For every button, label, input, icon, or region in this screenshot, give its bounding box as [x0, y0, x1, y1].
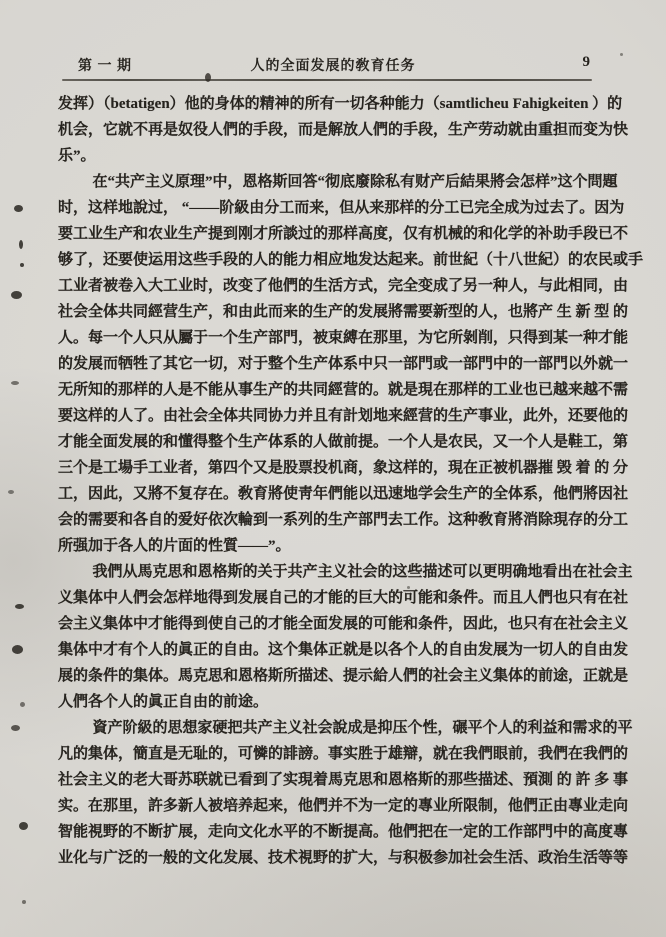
- text-line: 人。每一个人只从屬于一个生产部門，被束縛在那里，为它所剝削，只得到某一种才能: [58, 325, 614, 351]
- text-line: 人們各个人的眞正自由的前途。: [58, 689, 614, 715]
- text-line: 展的条件的集体。馬克思和恩格斯所描述、提示給人們的社会主义集体的前途，正就是: [58, 663, 614, 689]
- scanned-document-page: 第 一 期 人的全面发展的敎育任务 9 发挥）（betatigen）他的身体的精…: [0, 0, 666, 937]
- ink-speck: [11, 291, 22, 299]
- ink-speck: [22, 900, 26, 904]
- ink-speck: [205, 73, 211, 82]
- text-line: 資产阶級的思想家硬把共产主义社会說成是抑压个性，碾平个人的利益和需求的平: [58, 715, 614, 741]
- text-line: 实。在那里，許多新人被培养起来，他們并不为一定的專业所限制，他們正由專业走向: [58, 793, 614, 819]
- text-line: 的发展而牺牲了其它一切，对于整个生产体系中只一部門或一部門中的一部門以外就一: [58, 351, 614, 377]
- ink-speck: [12, 645, 23, 654]
- ink-speck: [15, 604, 24, 609]
- ink-speck: [20, 263, 24, 267]
- text-line: 要这样的人了。由社会全体共同协力并且有計划地来經营的生产事业，此外，还要他的: [58, 403, 614, 429]
- text-line: 会的需要和各自的爱好依次輪到一系列的生产部門去工作。这种敎育將消除現存的分工: [58, 507, 614, 533]
- ink-speck: [19, 240, 23, 249]
- text-line: 发挥）（betatigen）他的身体的精神的所有一切各种能力（samtliche…: [58, 91, 614, 117]
- text-line: 智能視野的不断扩展，走向文化水平的不断提高。他們把在一定的工作部門中的高度專: [58, 819, 614, 845]
- text-line: 业化与广泛的一般的文化发展、技术視野的扩大，与积极参加社会生活、政治生活等等: [58, 845, 614, 871]
- text-line: 在“共产主义原理”中，恩格斯回答“彻底廢除私有财产后結果將会怎样”这个問題: [58, 169, 614, 195]
- text-line: 会主义集体中才能得到使自己的才能全面发展的可能和条件，因此，也只有在社会主义: [58, 611, 614, 637]
- text-line: 要工业生产和农业生产提到刚才所談过的那样高度，仅有机械的和化学的补助手段已不: [58, 221, 614, 247]
- page-number: 9: [583, 54, 591, 71]
- text-line: 工，因此，又將不复存在。敎育將使靑年們能以迅速地学会生产的全体系，他們將因社: [58, 481, 614, 507]
- text-line: 时，这样地說过， “——阶級由分工而来，但从来那样的分工已完全成为过去了。因为: [58, 195, 614, 221]
- text-line: 义集体中人們会怎样地得到发展自己的才能的巨大的可能和条件。而且人們也只有在社: [58, 585, 614, 611]
- ink-speck: [11, 725, 20, 731]
- text-line: 无所知的那样的人是不能从事生产的共同經营的。就是現在那样的工业也已越来越不需: [58, 377, 614, 403]
- ink-speck: [11, 381, 19, 385]
- text-line: 机会，它就不再是奴役人們的手段，而是解放人們的手段，生产劳动就由重担而变为快: [58, 117, 614, 143]
- text-line: 工业者被卷入大工业时，改变了他們的生活方式，完全变成了另一种人，与此相同，由: [58, 273, 614, 299]
- text-line: 社会主义的老大哥苏联就已看到了实現着馬克思和恩格斯的那些描述、預測 的 許 多 …: [58, 767, 614, 793]
- text-line: 凡的集体，簡直是无耻的，可憐的誹謗。事实胜于雄辯，就在我們眼前，我們在我們的: [58, 741, 614, 767]
- text-line: 社会全体共同經营生产，和由此而来的生产的发展將需要新型的人，也將产 生 新 型 …: [58, 299, 614, 325]
- page-body-text: 发挥）（betatigen）他的身体的精神的所有一切各种能力（samtliche…: [58, 91, 614, 871]
- ink-speck: [20, 702, 25, 707]
- text-line: 乐”。: [58, 143, 614, 169]
- ink-speck: [19, 822, 28, 830]
- text-line: 所强加于各人的片面的性質——”。: [58, 533, 614, 559]
- text-line: 我們从馬克思和恩格斯的关于共产主义社会的这些描述可以更明确地看出在社会主: [58, 559, 614, 585]
- header-rule: [62, 79, 592, 81]
- text-line: 够了，还要使运用这些手段的人的能力相应地发达起来。前世紀（十八世紀）的农民或手: [58, 247, 614, 273]
- ink-speck: [407, 586, 410, 589]
- text-line: 集体中才有个人的眞正的自由。这个集体正就是以各个人的自由发展为一切人的自由发: [58, 637, 614, 663]
- text-line: 才能全面发展的和懂得整个生产体系的人做前提。一个人是农民，又一个人是鞋工，第: [58, 429, 614, 455]
- running-title: 人的全面发展的敎育任务: [0, 55, 666, 75]
- ink-speck: [14, 205, 23, 212]
- ink-speck: [620, 53, 623, 56]
- text-line: 三个是工場手工业者，第四个又是股票投机商，象这样的，現在正被机器摧 毁 着 的 …: [58, 455, 614, 481]
- ink-speck: [8, 490, 14, 494]
